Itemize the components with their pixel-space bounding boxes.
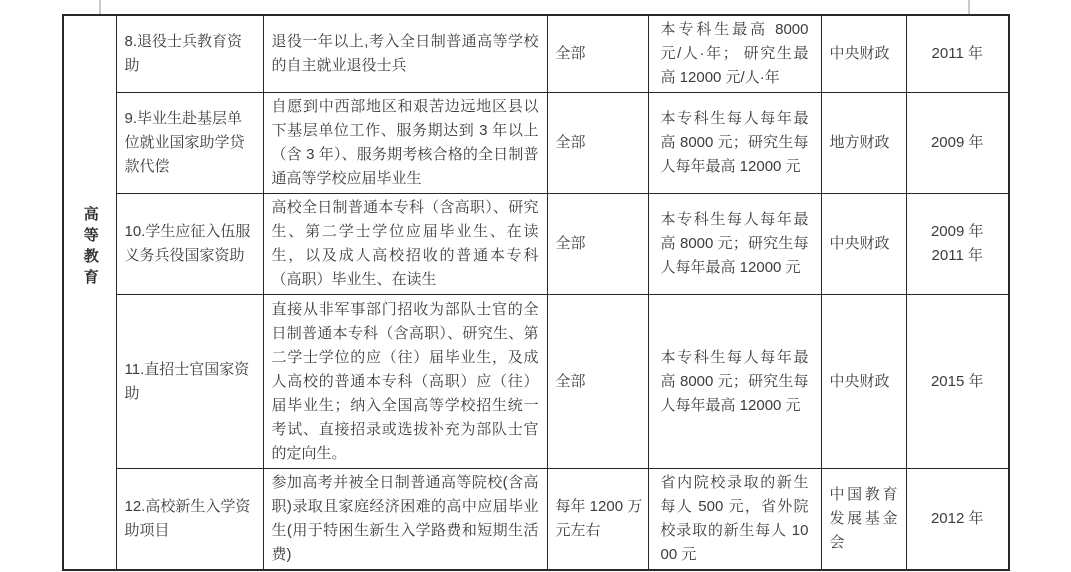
year-cell: 2012 年 [906, 469, 1009, 571]
policy-name-cell: 8.退役士兵教育资助 [116, 15, 263, 93]
table-row: 11.直招士官国家资助 直接从非军事部门招收为部队士官的全日制普通本专科（含高职… [63, 295, 1009, 469]
scope-cell: 全部 [547, 194, 648, 295]
amount-cell: 本专科生每人每年最高 8000 元；研究生每人每年最高 12000 元 [648, 295, 821, 469]
amount-cell: 本专科生每人每年最高 8000 元；研究生每人每年最高 12000 元 [648, 194, 821, 295]
table-row: 12.高校新生入学资助项目 参加高考并被全日制普通高等院校(含高职)录取且家庭经… [63, 469, 1009, 571]
amount-cell: 省内院校录取的新生每人 500 元，省外院校录取的新生每人 1000 元 [648, 469, 821, 571]
scope-cell: 全部 [547, 295, 648, 469]
cropped-table-line-fragment-left [99, 0, 101, 15]
year-line-1: 2012 年 [911, 507, 1005, 531]
year-line-1: 2009 年 [911, 220, 1005, 244]
funding-source-cell: 地方财政 [821, 93, 906, 194]
funding-source-cell: 中央财政 [821, 295, 906, 469]
policy-desc-cell: 高校全日制普通本专科（含高职）、研究生、第二学士学位应届毕业生、在读生，以及成人… [263, 194, 547, 295]
year-cell: 2009 年 [906, 93, 1009, 194]
page-background: 高等教育 8.退役士兵教育资助 退役一年以上,考入全日制普通高等学校的自主就业退… [0, 0, 1071, 572]
policy-name-cell: 12.高校新生入学资助项目 [116, 469, 263, 571]
table-row: 高等教育 8.退役士兵教育资助 退役一年以上,考入全日制普通高等学校的自主就业退… [63, 15, 1009, 93]
amount-cell: 本专科生每人每年最高 8000 元；研究生每人每年最高 12000 元 [648, 93, 821, 194]
policy-desc-cell: 退役一年以上,考入全日制普通高等学校的自主就业退役士兵 [263, 15, 547, 93]
funding-source-cell: 中国教育发展基金会 [821, 469, 906, 571]
policy-name-cell: 10.学生应征入伍服义务兵役国家资助 [116, 194, 263, 295]
scope-cell: 全部 [547, 15, 648, 93]
year-line-1: 2011 年 [911, 42, 1005, 66]
cropped-table-line-fragment-right [968, 0, 970, 15]
policy-desc-cell: 自愿到中西部地区和艰苦边远地区县以下基层单位工作、服务期达到 3 年以上（含 3… [263, 93, 547, 194]
year-line-1: 2009 年 [911, 131, 1005, 155]
funding-source-cell: 中央财政 [821, 194, 906, 295]
scope-cell: 全部 [547, 93, 648, 194]
policy-desc-cell: 直接从非军事部门招收为部队士官的全日制普通本专科（含高职）、研究生、第二学士学位… [263, 295, 547, 469]
funding-policy-table: 高等教育 8.退役士兵教育资助 退役一年以上,考入全日制普通高等学校的自主就业退… [62, 14, 1010, 571]
funding-source-cell: 中央财政 [821, 15, 906, 93]
table-row: 10.学生应征入伍服义务兵役国家资助 高校全日制普通本专科（含高职）、研究生、第… [63, 194, 1009, 295]
table-row: 9.毕业生赴基层单位就业国家助学贷款代偿 自愿到中西部地区和艰苦边远地区县以下基… [63, 93, 1009, 194]
year-cell: 2009 年 2011 年 [906, 194, 1009, 295]
year-line-1: 2015 年 [911, 370, 1005, 394]
year-cell: 2011 年 [906, 15, 1009, 93]
scope-cell: 每年 1200 万元左右 [547, 469, 648, 571]
policy-desc-cell: 参加高考并被全日制普通高等院校(含高职)录取且家庭经济困难的高中应届毕业生(用于… [263, 469, 547, 571]
year-line-2: 2011 年 [911, 244, 1005, 268]
category-label: 高等教育 [78, 206, 102, 290]
category-cell: 高等教育 [63, 15, 116, 570]
policy-name-cell: 9.毕业生赴基层单位就业国家助学贷款代偿 [116, 93, 263, 194]
year-cell: 2015 年 [906, 295, 1009, 469]
policy-name-cell: 11.直招士官国家资助 [116, 295, 263, 469]
amount-cell: 本专科生最高 8000 元/人·年； 研究生最高 12000 元/人·年 [648, 15, 821, 93]
